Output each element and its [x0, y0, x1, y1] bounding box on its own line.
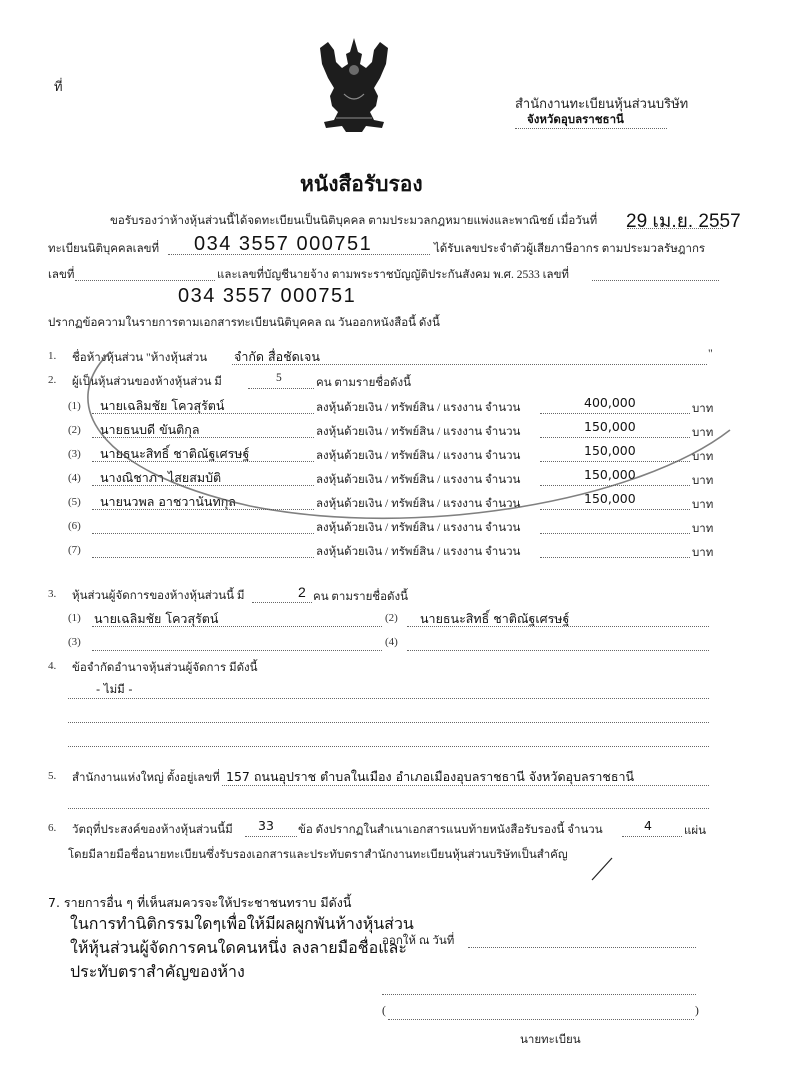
intro-line2-suffix: ได้รับเลขประจำตัวผู้เสียภาษีอากร ตามประม…: [434, 240, 705, 258]
dotted-line: [540, 437, 690, 438]
employer-number: 034 3557 000751: [178, 285, 356, 308]
partner-index: (3): [68, 448, 81, 460]
section3-label: หุ้นส่วนผู้จัดการของห้างหุ้นส่วนนี้ มี: [72, 587, 244, 605]
partner-name: นางณิชาภา ไสยสมบัติ: [100, 468, 221, 488]
section6-number: 6.: [48, 822, 56, 834]
contribution-label: ลงหุ้นด้วยเงิน / ทรัพย์สิน / แรงงาน จำนว…: [316, 495, 520, 513]
dotted-line: [540, 557, 690, 558]
page-title: หนังสือรับรอง: [300, 168, 423, 201]
dotted-line: [92, 533, 314, 534]
partner-index: (4): [68, 472, 81, 484]
registration-number: 034 3557 000751: [194, 233, 372, 256]
objectives-count: 33: [258, 818, 274, 833]
dotted-line: [540, 533, 690, 534]
manager-index-1: (1): [68, 612, 81, 624]
contribution-label: ลงหุ้นด้วยเงิน / ทรัพย์สิน / แรงงาน จำนว…: [316, 471, 520, 489]
partner-count: 5: [276, 372, 282, 384]
partner-amount: 150,000: [584, 467, 636, 482]
partner-name: นายเฉลิมชัย โควสุรัตน์: [100, 396, 224, 416]
section3-suffix: คน ตามรายชื่อดังนี้: [313, 588, 408, 606]
intro-line3-label: เลขที่: [48, 266, 74, 284]
partner-amount: 150,000: [584, 443, 636, 458]
dotted-line: [540, 413, 690, 414]
intro-line4: ปรากฏข้อความในรายการตามเอกสารทะเบียนนิติ…: [48, 314, 440, 332]
section6-label: วัตถุที่ประสงค์ของห้างหุ้นส่วนนี้มี: [72, 821, 233, 839]
section4-label: ข้อจำกัดอำนาจหุ้นส่วนผู้จัดการ มีดังนี้: [72, 659, 258, 677]
garuda-emblem-icon: [314, 34, 394, 134]
partner-amount: 400,000: [584, 395, 636, 410]
intro-line1: ขอรับรองว่าห้างหุ้นส่วนนี้ได้จดทะเบียนเป…: [110, 212, 597, 230]
currency-label: บาท: [692, 448, 713, 466]
contribution-label: ลงหุ้นด้วยเงิน / ทรัพย์สิน / แรงงาน จำนว…: [316, 423, 520, 441]
manager-count: 2: [298, 584, 306, 600]
section7-line-3: ประทับตราสำคัญของห้าง: [70, 960, 245, 985]
reference-label: ที่: [54, 76, 63, 97]
attachment-pages: 4: [644, 818, 652, 833]
currency-label: บาท: [692, 400, 713, 418]
section2-label: ผู้เป็นหุ้นส่วนของห้างหุ้นส่วน มี: [72, 373, 222, 391]
currency-label: บาท: [692, 424, 713, 442]
section1-number: 1.: [48, 350, 56, 362]
manager-name-2: นายธนะสิทธิ์ ชาติณัฐเศรษฐ์: [420, 609, 569, 629]
section7-heading: 7. รายการอื่น ๆ ที่เห็นสมควรจะให้ประชาชน…: [48, 893, 351, 913]
section5-label: สำนักงานแห่งใหญ่ ตั้งอยู่เลขที่: [72, 769, 220, 787]
manager-index-4: (4): [385, 636, 398, 648]
partner-name: นายนวพล อาชวานันทกุล: [100, 492, 236, 512]
partner-index: (6): [68, 520, 81, 532]
partner-amount: 150,000: [584, 491, 636, 506]
section4-number: 4.: [48, 660, 56, 672]
section3-number: 3.: [48, 588, 56, 600]
partner-amount: 150,000: [584, 419, 636, 434]
registration-date: 29 เม.ย. 2557: [626, 206, 741, 236]
manager-index-3: (3): [68, 636, 81, 648]
partner-index: (5): [68, 496, 81, 508]
manager-name-1: นายเฉลิมชัย โควสุรัตน์: [94, 609, 218, 629]
manager-restrictions: - ไม่มี -: [96, 681, 133, 699]
currency-label: บาท: [692, 472, 713, 490]
partner-name: นายธนะสิทธิ์ ชาติณัฐเศรษฐ์: [100, 444, 249, 464]
currency-label: บาท: [692, 520, 713, 538]
intro-line3-middle: และเลขที่บัญชีนายจ้าง ตามพระราชบัญญัติปร…: [217, 266, 569, 284]
manager-index-2: (2): [385, 612, 398, 624]
contribution-label: ลงหุ้นด้วยเงิน / ทรัพย์สิน / แรงงาน จำนว…: [316, 543, 520, 561]
section7-line-1: ในการทำนิติกรรมใดๆเพื่อให้มีผลผูกพันห้าง…: [70, 912, 414, 937]
head-office-address: 157 ถนนอุปราช ตำบลในเมือง อำเภอเมืองอุบล…: [226, 767, 634, 787]
currency-label: บาท: [692, 496, 713, 514]
section1-close-quote: ": [708, 348, 713, 360]
registrar-name-close: ): [695, 1005, 699, 1017]
registrar-name-open: (: [382, 1005, 386, 1017]
section7-line-2: ให้หุ้นส่วนผู้จัดการคนใดคนหนึ่ง ลงลายมือ…: [70, 936, 407, 961]
dotted-line: [540, 509, 690, 510]
intro-line2-label: ทะเบียนนิติบุคคลเลขที่: [48, 240, 159, 258]
section6-middle: ข้อ ดังปรากฏในสำเนาเอกสารแนบท้ายหนังสือร…: [298, 821, 603, 839]
section2-number: 2.: [48, 374, 56, 386]
dotted-line: [92, 557, 314, 558]
registrar-title: นายทะเบียน: [520, 1031, 581, 1049]
contribution-label: ลงหุ้นด้วยเงิน / ทรัพย์สิน / แรงงาน จำนว…: [316, 519, 520, 537]
contribution-label: ลงหุ้นด้วยเงิน / ทรัพย์สิน / แรงงาน จำนว…: [316, 399, 520, 417]
contribution-label: ลงหุ้นด้วยเงิน / ทรัพย์สิน / แรงงาน จำนว…: [316, 447, 520, 465]
partner-index: (1): [68, 400, 81, 412]
section1-label: ชื่อห้างหุ้นส่วน "ห้างหุ้นส่วน: [72, 349, 207, 367]
partner-index: (7): [68, 544, 81, 556]
section5-number: 5.: [48, 770, 56, 782]
issued-date-label: ออกให้ ณ วันที่: [382, 932, 454, 950]
company-name: จำกัด สื่อชัดเจน: [234, 347, 320, 367]
section6-suffix: แผ่น: [684, 822, 706, 840]
currency-label: บาท: [692, 544, 713, 562]
partner-name: นายธนบดี ขันติกุล: [100, 420, 200, 440]
dotted-line: [540, 485, 690, 486]
partner-index: (2): [68, 424, 81, 436]
dotted-line: [540, 461, 690, 462]
section6-line2: โดยมีลายมือชื่อนายทะเบียนซึ่งรับรองเอกสา…: [68, 846, 568, 864]
section2-suffix: คน ตามรายชื่อดังนี้: [316, 374, 411, 392]
office-province: จังหวัดอุบลราชธานี: [527, 111, 624, 129]
